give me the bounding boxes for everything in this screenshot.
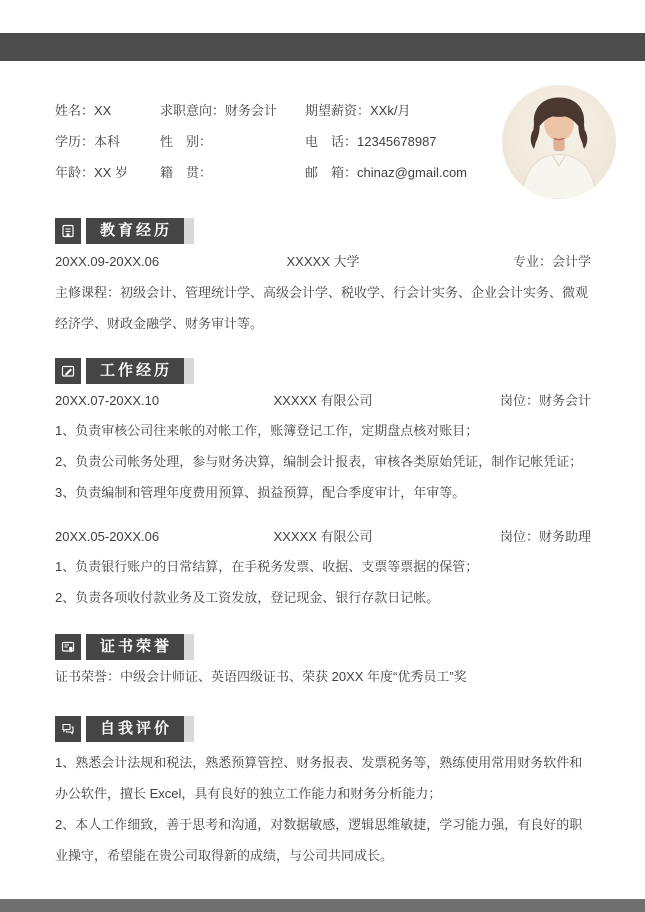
job-position: 岗位：财务助理 [372,528,591,546]
certificates-content: 证书荣誉：中级会计师证、英语四级证书、荣获 20XX 年度“优秀员工”奖 [55,668,591,686]
job-duty: 2、负责各项收付款业务及工资发放，登记现金、银行存款日记帐。 [55,582,591,613]
job-duty: 2、负责公司帐务处理，参与财务决算，编制会计报表，审核各类原始凭证，制作记帐凭证… [55,446,591,477]
section-header-education: 教育经历 [55,218,591,244]
field-phone: 电 话：12345678987 [305,126,591,157]
bottom-accent-bar [0,899,645,912]
field-name: 姓名：XX [55,95,160,126]
job-entry-row: 20XX.07-20XX.10 XXXXX 有限公司 岗位：财务会计 [55,392,591,410]
job-duty: 1、负责审核公司往来帐的对帐工作，账簿登记工作，定期盘点核对账目； [55,415,591,446]
job-period: 20XX.07-20XX.10 [55,392,274,410]
section-title-tail [184,716,194,742]
field-education-level: 学历：本科 [55,126,160,157]
section-title-tail [184,218,194,244]
section-title-certificates: 证书荣誉 [86,634,184,660]
section-header-self-evaluation: 自我评价 [55,716,591,742]
personal-info-grid: 姓名：XX 求职意向：财务会计 期望薪资：XXk/月 学历：本科 性 别： 电 … [55,95,591,188]
self-evaluation-item: 2、本人工作细致，善于思考和沟通，对数据敏感，逻辑思维敏捷，学习能力强，有良好的… [55,809,591,871]
job-duty: 3、负责编制和管理年度费用预算、损益预算，配合季度审计，年审等。 [55,477,591,508]
education-entry-row: 20XX.09-20XX.06 XXXXX 大学 专业：会计学 [55,253,591,271]
field-native-place: 籍 贯： [160,157,305,188]
job-duty: 1、负责银行账户的日常结算，在手税务发票、收据、支票等票据的保管； [55,551,591,582]
job-duties-list: 1、负责审核公司往来帐的对帐工作，账簿登记工作，定期盘点核对账目； 2、负责公司… [55,415,591,508]
field-expected-salary: 期望薪资：XXk/月 [305,95,591,126]
field-age: 年龄：XX 岁 [55,157,160,188]
education-period: 20XX.09-20XX.06 [55,253,287,271]
diploma-icon [55,218,81,244]
education-school: XXXXX 大学 [287,253,360,271]
field-email: 邮 箱：chinaz@gmail.com [305,157,591,188]
education-major: 专业：会计学 [359,253,591,271]
section-header-certificates: 证书荣誉 [55,634,591,660]
self-evaluation-item: 1、熟悉会计法规和税法，熟悉预算管控、财务报表、发票税务等，熟练使用常用财务软件… [55,747,591,809]
field-job-objective: 求职意向：财务会计 [160,95,305,126]
job-duties-list: 1、负责银行账户的日常结算，在手税务发票、收据、支票等票据的保管； 2、负责各项… [55,551,591,613]
resume-content: 姓名：XX 求职意向：财务会计 期望薪资：XXk/月 学历：本科 性 别： 电 … [55,95,591,871]
job-company: XXXXX 有限公司 [274,528,373,546]
job-entry-row: 20XX.05-20XX.06 XXXXX 有限公司 岗位：财务助理 [55,528,591,546]
job-company: XXXXX 有限公司 [274,392,373,410]
section-title-tail [184,358,194,384]
speech-bubble-icon [55,716,81,742]
certificate-icon [55,634,81,660]
education-courses: 主修课程：初级会计、管理统计学、高级会计学、税收学、行会计实务、企业会计实务、微… [55,277,591,339]
section-title-tail [184,634,194,660]
pencil-document-icon [55,358,81,384]
job-period: 20XX.05-20XX.06 [55,528,274,546]
section-title-education: 教育经历 [86,218,184,244]
resume-page: 姓名：XX 求职意向：财务会计 期望薪资：XXk/月 学历：本科 性 别： 电 … [0,0,645,912]
section-title-work: 工作经历 [86,358,184,384]
section-title-self-evaluation: 自我评价 [86,716,184,742]
job-position: 岗位：财务会计 [372,392,591,410]
top-accent-bar [0,33,645,61]
field-gender: 性 别： [160,126,305,157]
section-header-work: 工作经历 [55,358,591,384]
self-evaluation-list: 1、熟悉会计法规和税法，熟悉预算管控、财务报表、发票税务等，熟练使用常用财务软件… [55,747,591,871]
